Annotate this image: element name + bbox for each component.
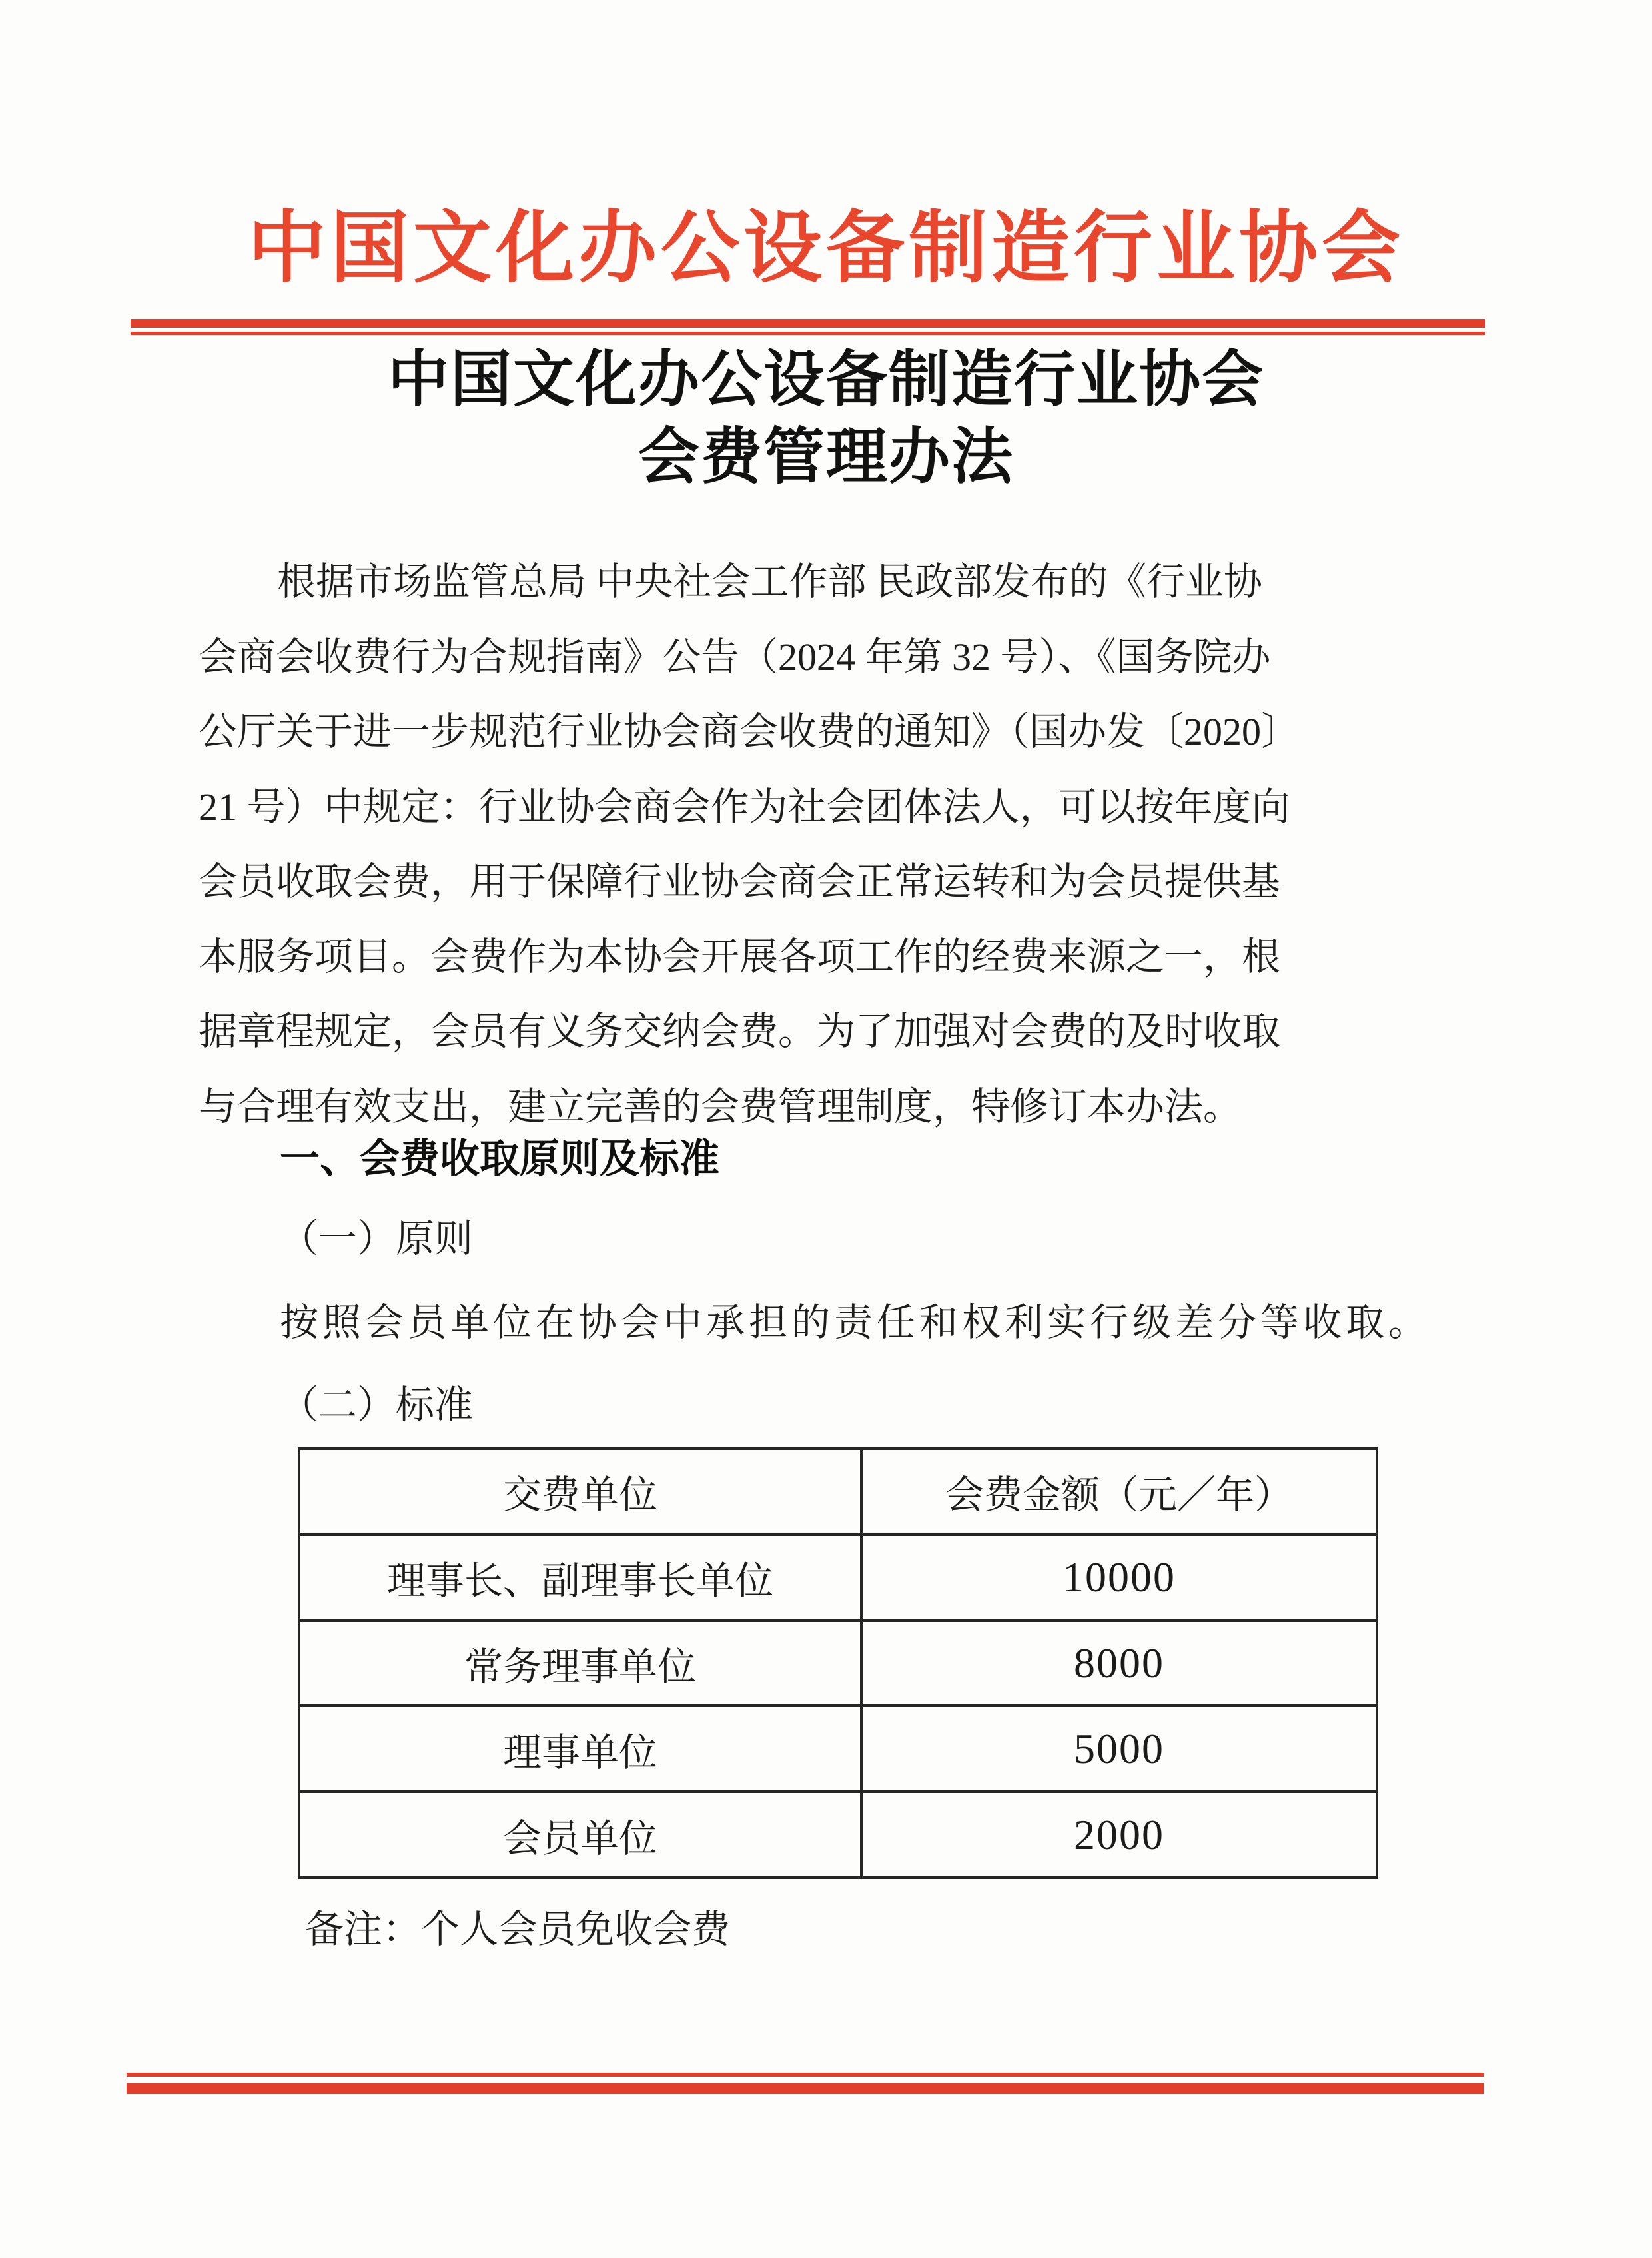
- intro-line: 与合理有效支出，建立完善的会费管理制度，特修订本办法。: [199, 1070, 1438, 1145]
- letterhead-rule-thin: [131, 332, 1485, 335]
- section-heading: 一、会费收取原则及标准: [280, 1136, 719, 1182]
- footer-rule-thick: [127, 2083, 1484, 2094]
- intro-line: 根据市场监管总局 中央社会工作部 民政部发布的《行业协: [199, 545, 1438, 620]
- intro-paragraph: 根据市场监管总局 中央社会工作部 民政部发布的《行业协 会商会收费行为合规指南》…: [199, 545, 1438, 1144]
- doc-title-line2: 会费管理办法: [0, 426, 1652, 488]
- fee-unit-cell: 理事单位: [299, 1706, 861, 1792]
- doc-title-line1: 中国文化办公设备制造行业协会: [0, 349, 1652, 410]
- principle-text: 按照会员单位在协会中承担的责任和权利实行级差分等收取。: [280, 1302, 1431, 1344]
- standard-label: （二）标准: [280, 1384, 473, 1427]
- note-line: 备注：个人会员免收会费: [305, 1908, 730, 1952]
- intro-line: 21 号）中规定：行业协会商会作为社会团体法人，可以按年度向: [199, 770, 1438, 845]
- letterhead-rule-thick: [131, 319, 1485, 328]
- table-row: 常务理事单位 8000: [299, 1621, 1377, 1706]
- intro-line: 会商会收费行为合规指南》公告（2024 年第 32 号）、《国务院办: [199, 620, 1438, 695]
- table-row: 理事长、副理事长单位 10000: [299, 1535, 1377, 1621]
- fee-amount-cell: 2000: [861, 1792, 1377, 1878]
- table-row: 理事单位 5000: [299, 1706, 1377, 1792]
- footer-rule-thin: [127, 2073, 1484, 2077]
- fee-unit-cell: 常务理事单位: [299, 1621, 861, 1706]
- fee-table-header-row: 交费单位 会费金额（元／年）: [299, 1449, 1377, 1535]
- fee-table-header-amount: 会费金额（元／年）: [861, 1449, 1377, 1535]
- intro-line: 公厅关于进一步规范行业协会商会收费的通知》（国办发〔2020〕: [199, 695, 1438, 770]
- fee-table-header-unit: 交费单位: [299, 1449, 861, 1535]
- fee-unit-cell: 理事长、副理事长单位: [299, 1535, 861, 1621]
- intro-line: 本服务项目。会费作为本协会开展各项工作的经费来源之一，根: [199, 920, 1438, 995]
- fee-amount-cell: 5000: [861, 1706, 1377, 1792]
- fee-amount-cell: 8000: [861, 1621, 1377, 1706]
- fee-amount-cell: 10000: [861, 1535, 1377, 1621]
- principle-label: （一）原则: [280, 1218, 473, 1260]
- document-page: 中国文化办公设备制造行业协会 中国文化办公设备制造行业协会 会费管理办法 根据市…: [0, 0, 1652, 2258]
- intro-line: 会员收取会费，用于保障行业协会商会正常运转和为会员提供基: [199, 845, 1438, 920]
- fee-table: 交费单位 会费金额（元／年） 理事长、副理事长单位 10000 常务理事单位 8…: [298, 1447, 1378, 1879]
- fee-unit-cell: 会员单位: [299, 1792, 861, 1878]
- letterhead-org-title: 中国文化办公设备制造行业协会: [0, 208, 1652, 290]
- table-row: 会员单位 2000: [299, 1792, 1377, 1878]
- intro-line: 据章程规定，会员有义务交纳会费。为了加强对会费的及时收取: [199, 994, 1438, 1070]
